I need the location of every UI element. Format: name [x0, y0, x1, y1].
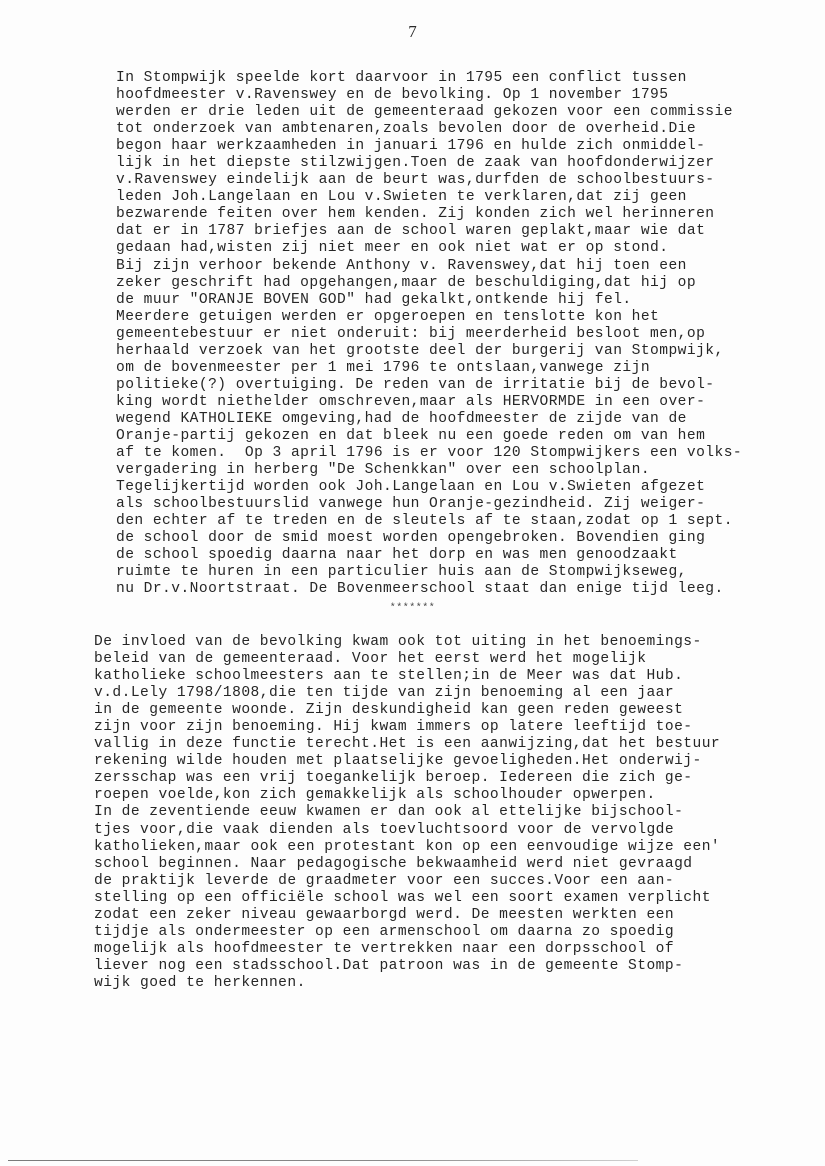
text-line: tijdje als ondermeester op een armenscho… [94, 924, 720, 941]
text-line: lijk in het diepste stilzwijgen.Toen de … [116, 155, 742, 172]
text-line: om de bovenmeester per 1 mei 1796 te ont… [116, 360, 742, 377]
page-number: 7 [0, 22, 825, 42]
text-line: ruimte te huren in een particulier huis … [116, 564, 742, 581]
text-line: liever nog een stadsschool.Dat patroon w… [94, 958, 720, 975]
text-line: de school door de smid moest worden open… [116, 530, 742, 547]
text-line: mogelijk als hoofdmeester te vertrekken … [94, 941, 720, 958]
text-line: zijn voor zijn benoeming. Hij kwam immer… [94, 719, 720, 736]
text-line: Bij zijn verhoor bekende Anthony v. Rave… [116, 258, 742, 275]
text-line: wijk goed te herkennen. [94, 975, 720, 992]
text-line: gedaan had,wisten zij niet meer en ook n… [116, 240, 742, 257]
text-line: als schoolbestuurslid vanwege hun Oranje… [116, 496, 742, 513]
text-line: begon haar werkzaamheden in januari 1796… [116, 138, 742, 155]
text-line: v.d.Lely 1798/1808,die ten tijde van zij… [94, 685, 720, 702]
text-line: v.Ravenswey eindelijk aan de beurt was,d… [116, 172, 742, 189]
text-line: vallig in deze functie terecht.Het is ee… [94, 736, 720, 753]
text-line: bezwarende feiten over hem kenden. Zij k… [116, 206, 742, 223]
text-line: In de zeventiende eeuw kwamen er dan ook… [94, 804, 720, 821]
paragraph-benoemingsbeleid: De invloed van de bevolking kwam ook tot… [94, 634, 720, 992]
text-line: dat er in 1787 briefjes aan de school wa… [116, 223, 742, 240]
text-line: roepen voelde,kon zich gemakkelijk als s… [94, 787, 720, 804]
text-line: leden Joh.Langelaan en Lou v.Swieten te … [116, 189, 742, 206]
text-line: zeker geschrift had opgehangen,maar de b… [116, 275, 742, 292]
text-line: hoofdmeester v.Ravenswey en de bevolking… [116, 87, 742, 104]
text-line: De invloed van de bevolking kwam ook tot… [94, 634, 720, 651]
text-line: nu Dr.v.Noortstraat. De Bovenmeerschool … [116, 581, 742, 598]
text-line: de muur "ORANJE BOVEN GOD" had gekalkt,o… [116, 292, 742, 309]
text-line: tot onderzoek van ambtenaren,zoals bevol… [116, 121, 742, 138]
text-line: zodat een zeker niveau gewaarborgd werd.… [94, 907, 720, 924]
text-line: tjes voor,die vaak dienden als toevlucht… [94, 822, 720, 839]
text-line: Oranje-partij gekozen en dat bleek nu ee… [116, 428, 742, 445]
text-line: school beginnen. Naar pedagogische bekwa… [94, 856, 720, 873]
text-line: stelling op een officiële school was wel… [94, 890, 720, 907]
text-line: werden er drie leden uit de gemeenteraad… [116, 104, 742, 121]
text-line: wegend KATHOLIEKE omgeving,had de hoofdm… [116, 411, 742, 428]
text-line: In Stompwijk speelde kort daarvoor in 17… [116, 70, 742, 87]
text-line: rekening wilde houden met plaatselijke g… [94, 753, 720, 770]
text-line: katholieken,maar ook een protestant kon … [94, 839, 720, 856]
text-line: de school spoedig daarna naar het dorp e… [116, 547, 742, 564]
text-line: vergadering in herberg "De Schenkkan" ov… [116, 462, 742, 479]
text-line: zersschap was een vrij toegankelijk bero… [94, 770, 720, 787]
text-line: af te komen. Op 3 april 1796 is er voor … [116, 445, 742, 462]
paragraph-stompwijk-conflict: In Stompwijk speelde kort daarvoor in 17… [116, 70, 742, 598]
section-separator: ******* [0, 603, 825, 614]
text-line: politieke(?) overtuiging. De reden van d… [116, 377, 742, 394]
text-line: Tegelijkertijd worden ook Joh.Langelaan … [116, 479, 742, 496]
text-line: herhaald verzoek van het grootste deel d… [116, 343, 742, 360]
bottom-scan-edge-line [8, 1160, 638, 1161]
text-line: de praktijk leverde de graadmeter voor e… [94, 873, 720, 890]
text-line: Meerdere getuigen werden er opgeroepen e… [116, 309, 742, 326]
text-line: den echter af te treden en de sleutels a… [116, 513, 742, 530]
text-line: katholieke schoolmeesters aan te stellen… [94, 668, 720, 685]
text-line: king wordt niethelder omschreven,maar al… [116, 394, 742, 411]
text-line: beleid van de gemeenteraad. Voor het eer… [94, 651, 720, 668]
text-line: gemeentebestuur er niet onderuit: bij me… [116, 326, 742, 343]
text-line: in de gemeente woonde. Zijn deskundighei… [94, 702, 720, 719]
